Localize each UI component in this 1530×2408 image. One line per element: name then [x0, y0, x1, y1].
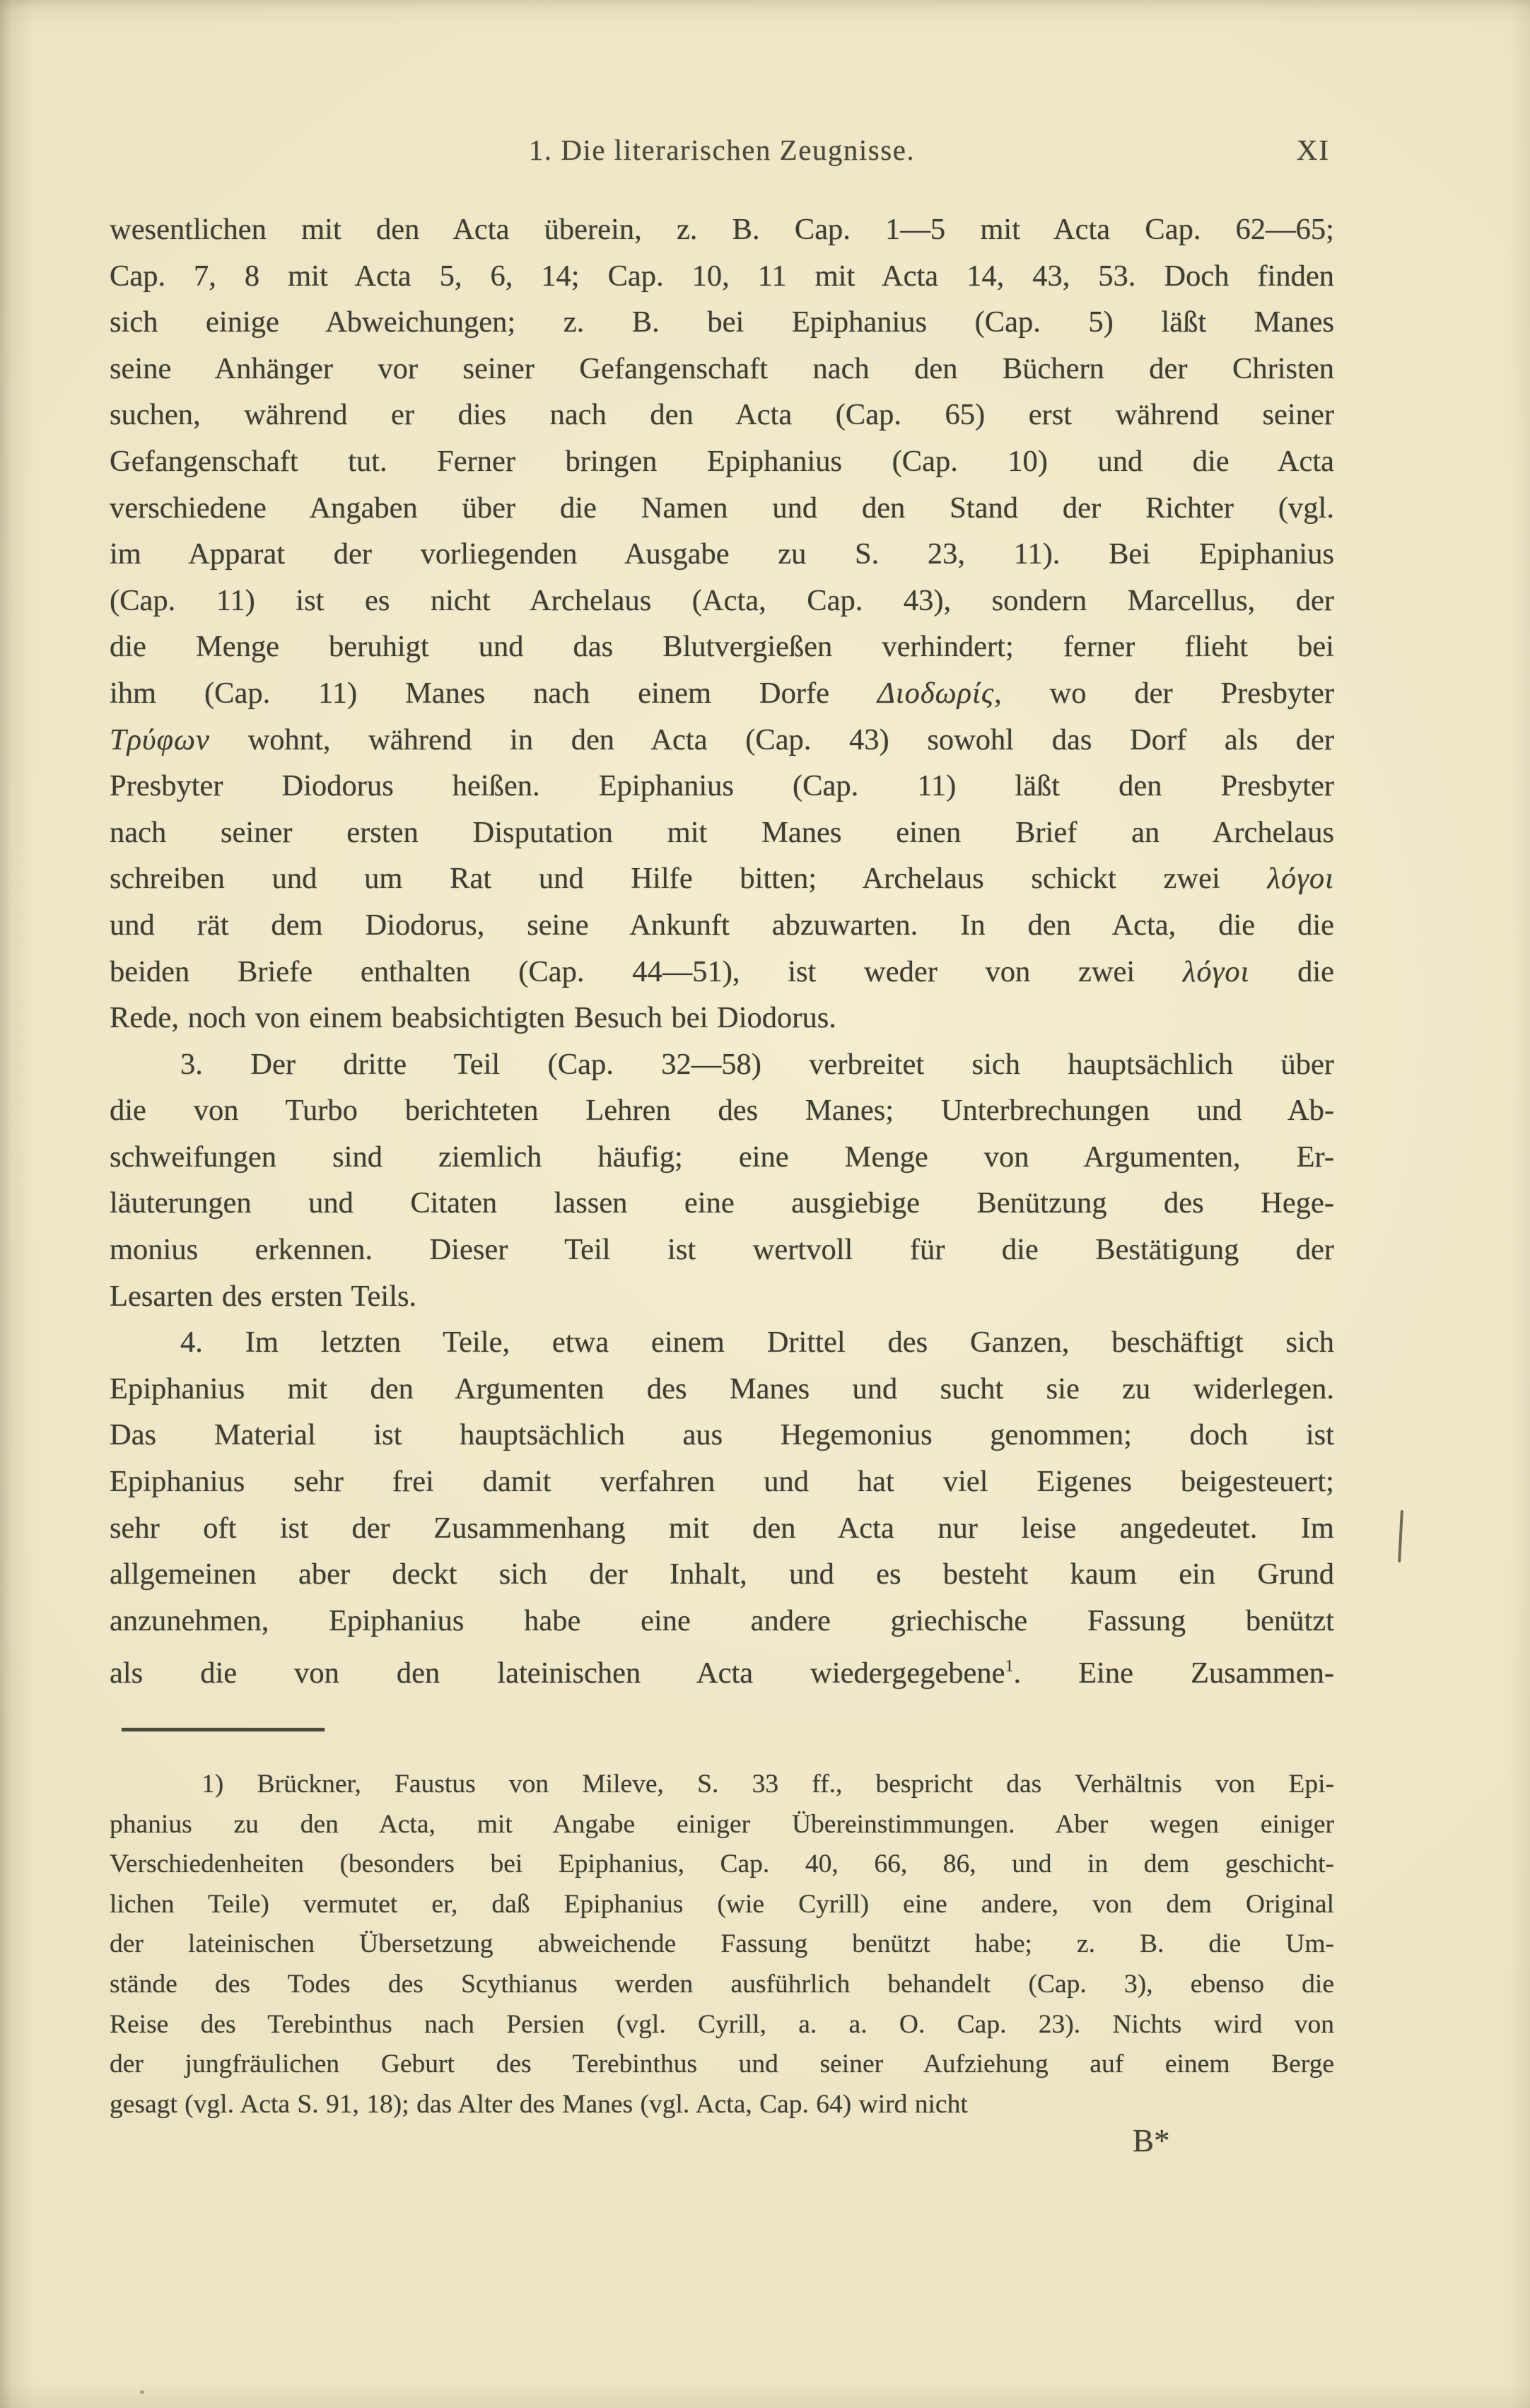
- scanned-book-page: 1. Die literarischen Zeugnisse. XI wesen…: [0, 0, 1530, 2408]
- text-segment: monius erkennen. Dieser Teil ist wertvol…: [110, 1233, 1334, 1266]
- text-line: Reise des Terebinthus nach Persien (vgl.…: [110, 2005, 1334, 2045]
- text-line: anzunehmen, Epiphanius habe eine andere …: [110, 1598, 1334, 1644]
- greek-term: λόγοι: [1183, 955, 1249, 988]
- text-segment: Gefangenschaft tut. Ferner bringen Epiph…: [110, 445, 1334, 478]
- text-line: seine Anhänger vor seiner Gefangenschaft…: [110, 346, 1334, 392]
- greek-term: λόγοι: [1268, 862, 1334, 895]
- text-segment: anzunehmen, Epiphanius habe eine andere …: [110, 1604, 1334, 1637]
- printer-signature-mark: B*: [1133, 2122, 1170, 2159]
- text-segment: wesentlichen mit den Acta überein, z. B.…: [110, 213, 1334, 246]
- text-line: sehr oft ist der Zusammenhang mit den Ac…: [110, 1505, 1334, 1552]
- text-line: beiden Briefe enthalten (Cap. 44—51), is…: [110, 949, 1334, 995]
- text-segment: sehr oft ist der Zusammenhang mit den Ac…: [110, 1512, 1334, 1545]
- text-line: Presbyter Diodorus heißen. Epiphanius (C…: [110, 763, 1334, 810]
- text-segment: stände des Todes des Scythianus werden a…: [110, 1970, 1334, 1999]
- text-segment: 1) Brückner, Faustus von Mileve, S. 33 f…: [202, 1770, 1334, 1799]
- text-segment: verschiedene Angaben über die Namen und …: [110, 491, 1334, 525]
- page-header: 1. Die literarischen Zeugnisse. XI: [110, 133, 1334, 175]
- text-line: stände des Todes des Scythianus werden a…: [110, 1965, 1334, 2005]
- text-segment: sich einige Abweichungen; z. B. bei Epip…: [110, 305, 1334, 339]
- text-segment: schweifungen sind ziemlich häufig; eine …: [110, 1140, 1334, 1174]
- text-segment: Lesarten des ersten Teils.: [110, 1280, 416, 1313]
- text-line: Gefangenschaft tut. Ferner bringen Epiph…: [110, 438, 1334, 485]
- footnote-separator-rule: [122, 1728, 325, 1731]
- text-line: Epiphanius mit den Argumenten des Manes …: [110, 1366, 1334, 1413]
- text-line: Das Material ist hauptsächlich aus Hegem…: [110, 1412, 1334, 1459]
- text-segment: läuterungen und Citaten lassen eine ausg…: [110, 1186, 1334, 1220]
- text-line: schreiben und um Rat und Hilfe bitten; A…: [110, 855, 1334, 902]
- text-line: suchen, während er dies nach den Acta (C…: [110, 392, 1334, 438]
- text-segment: und rät dem Diodorus, seine Ankunft abzu…: [110, 908, 1334, 942]
- text-line: phanius zu den Acta, mit Angabe einiger …: [110, 1805, 1334, 1845]
- text-segment: Verschiedenheiten (besonders bei Epiphan…: [110, 1849, 1334, 1878]
- text-line: Lesarten des ersten Teils.: [110, 1273, 1334, 1320]
- text-line: Cap. 7, 8 mit Acta 5, 6, 14; Cap. 10, 11…: [110, 253, 1334, 300]
- text-segment: Epiphanius sehr frei damit verfahren und…: [110, 1465, 1334, 1498]
- text-segment: die von Turbo berichteten Lehren des Man…: [110, 1094, 1334, 1127]
- text-segment: (Cap. 11) ist es nicht Archelaus (Acta, …: [110, 584, 1334, 617]
- text-line: sich einige Abweichungen; z. B. bei Epip…: [110, 299, 1334, 346]
- text-line: 3. Der dritte Teil (Cap. 32—58) verbreit…: [110, 1041, 1334, 1088]
- text-line: schweifungen sind ziemlich häufig; eine …: [110, 1134, 1334, 1181]
- text-segment: die: [1249, 955, 1334, 988]
- greek-term: Τρύφων: [110, 723, 210, 756]
- running-title: 1. Die literarischen Zeugnisse.: [110, 133, 1334, 167]
- page-number: XI: [1297, 133, 1330, 167]
- text-line: ihm (Cap. 11) Manes nach einem Dorfe Διο…: [110, 670, 1334, 717]
- text-segment: Epiphanius mit den Argumenten des Manes …: [110, 1372, 1334, 1405]
- text-segment: 3. Der dritte Teil (Cap. 32—58) verbreit…: [180, 1048, 1334, 1081]
- text-segment: als die von den lateinischen Acta wieder…: [110, 1656, 1005, 1690]
- text-line: 4. Im letzten Teile, etwa einem Drittel …: [110, 1319, 1334, 1366]
- text-line: verschiedene Angaben über die Namen und …: [110, 485, 1334, 532]
- text-segment: phanius zu den Acta, mit Angabe einiger …: [110, 1810, 1334, 1839]
- text-segment: nach seiner ersten Disputation mit Manes…: [110, 816, 1334, 849]
- text-line: der jungfräulichen Geburt des Terebinthu…: [110, 2045, 1334, 2085]
- text-segment: , wo der Presbyter: [994, 677, 1334, 710]
- text-segment: die Menge beruhigt und das Blutvergießen…: [110, 630, 1334, 663]
- text-line: Rede, noch von einem beabsichtigten Besu…: [110, 995, 1334, 1041]
- text-line: läuterungen und Citaten lassen eine ausg…: [110, 1180, 1334, 1227]
- text-line: monius erkennen. Dieser Teil ist wertvol…: [110, 1227, 1334, 1273]
- text-segment: Cap. 7, 8 mit Acta 5, 6, 14; Cap. 10, 11…: [110, 259, 1334, 293]
- text-segment: 4. Im letzten Teile, etwa einem Drittel …: [180, 1326, 1334, 1359]
- text-segment: der lateinischen Übersetzung abweichende…: [110, 1929, 1334, 1958]
- text-line: Τρύφων wohnt, während in den Acta (Cap. …: [110, 717, 1334, 764]
- main-text-block: wesentlichen mit den Acta überein, z. B.…: [110, 206, 1334, 1690]
- text-segment: ihm (Cap. 11) Manes nach einem Dorfe: [110, 677, 877, 710]
- text-segment: 1: [1005, 1657, 1013, 1676]
- text-segment: Rede, noch von einem beabsichtigten Besu…: [110, 1001, 836, 1034]
- text-line: gesagt (vgl. Acta S. 91, 18); das Alter …: [110, 2085, 1334, 2125]
- text-line: die Menge beruhigt und das Blutvergießen…: [110, 624, 1334, 670]
- greek-term: Διοδωρίς: [877, 677, 994, 710]
- text-line: wesentlichen mit den Acta überein, z. B.…: [110, 206, 1334, 253]
- text-line: allgemeinen aber deckt sich der Inhalt, …: [110, 1551, 1334, 1598]
- text-line: Epiphanius sehr frei damit verfahren und…: [110, 1459, 1334, 1505]
- text-line: Verschiedenheiten (besonders bei Epiphan…: [110, 1845, 1334, 1885]
- text-segment: seine Anhänger vor seiner Gefangenschaft…: [110, 352, 1334, 385]
- text-segment: der jungfräulichen Geburt des Terebinthu…: [110, 2050, 1334, 2079]
- text-segment: beiden Briefe enthalten (Cap. 44—51), is…: [110, 955, 1183, 988]
- scan-artifact-hairline: [1398, 1510, 1403, 1562]
- text-line: der lateinischen Übersetzung abweichende…: [110, 1924, 1334, 1965]
- text-line: lichen Teile) vermutet er, daß Epiphaniu…: [110, 1885, 1334, 1925]
- text-segment: im Apparat der vorliegenden Ausgabe zu S…: [110, 537, 1334, 571]
- text-segment: Das Material ist hauptsächlich aus Hegem…: [110, 1418, 1334, 1451]
- text-line: die von Turbo berichteten Lehren des Man…: [110, 1087, 1334, 1134]
- text-segment: Reise des Terebinthus nach Persien (vgl.…: [110, 2010, 1334, 2039]
- text-line: als die von den lateinischen Acta wieder…: [110, 1644, 1334, 1690]
- text-segment: wohnt, während in den Acta (Cap. 43) sow…: [210, 723, 1334, 756]
- text-line: 1) Brückner, Faustus von Mileve, S. 33 f…: [110, 1765, 1334, 1805]
- text-segment: suchen, während er dies nach den Acta (C…: [110, 398, 1334, 431]
- text-segment: lichen Teile) vermutet er, daß Epiphaniu…: [110, 1890, 1334, 1919]
- text-segment: allgemeinen aber deckt sich der Inhalt, …: [110, 1557, 1334, 1591]
- footnote-text-block: 1) Brückner, Faustus von Mileve, S. 33 f…: [110, 1765, 1334, 2124]
- text-segment: . Eine Zusammen-: [1013, 1656, 1334, 1690]
- text-line: nach seiner ersten Disputation mit Manes…: [110, 810, 1334, 856]
- text-line: und rät dem Diodorus, seine Ankunft abzu…: [110, 902, 1334, 949]
- scan-artifact-speck: [140, 2390, 144, 2394]
- text-segment: schreiben und um Rat und Hilfe bitten; A…: [110, 862, 1268, 895]
- text-segment: Presbyter Diodorus heißen. Epiphanius (C…: [110, 769, 1334, 802]
- text-line: im Apparat der vorliegenden Ausgabe zu S…: [110, 531, 1334, 578]
- text-segment: gesagt (vgl. Acta S. 91, 18); das Alter …: [110, 2090, 968, 2119]
- text-line: (Cap. 11) ist es nicht Archelaus (Acta, …: [110, 578, 1334, 624]
